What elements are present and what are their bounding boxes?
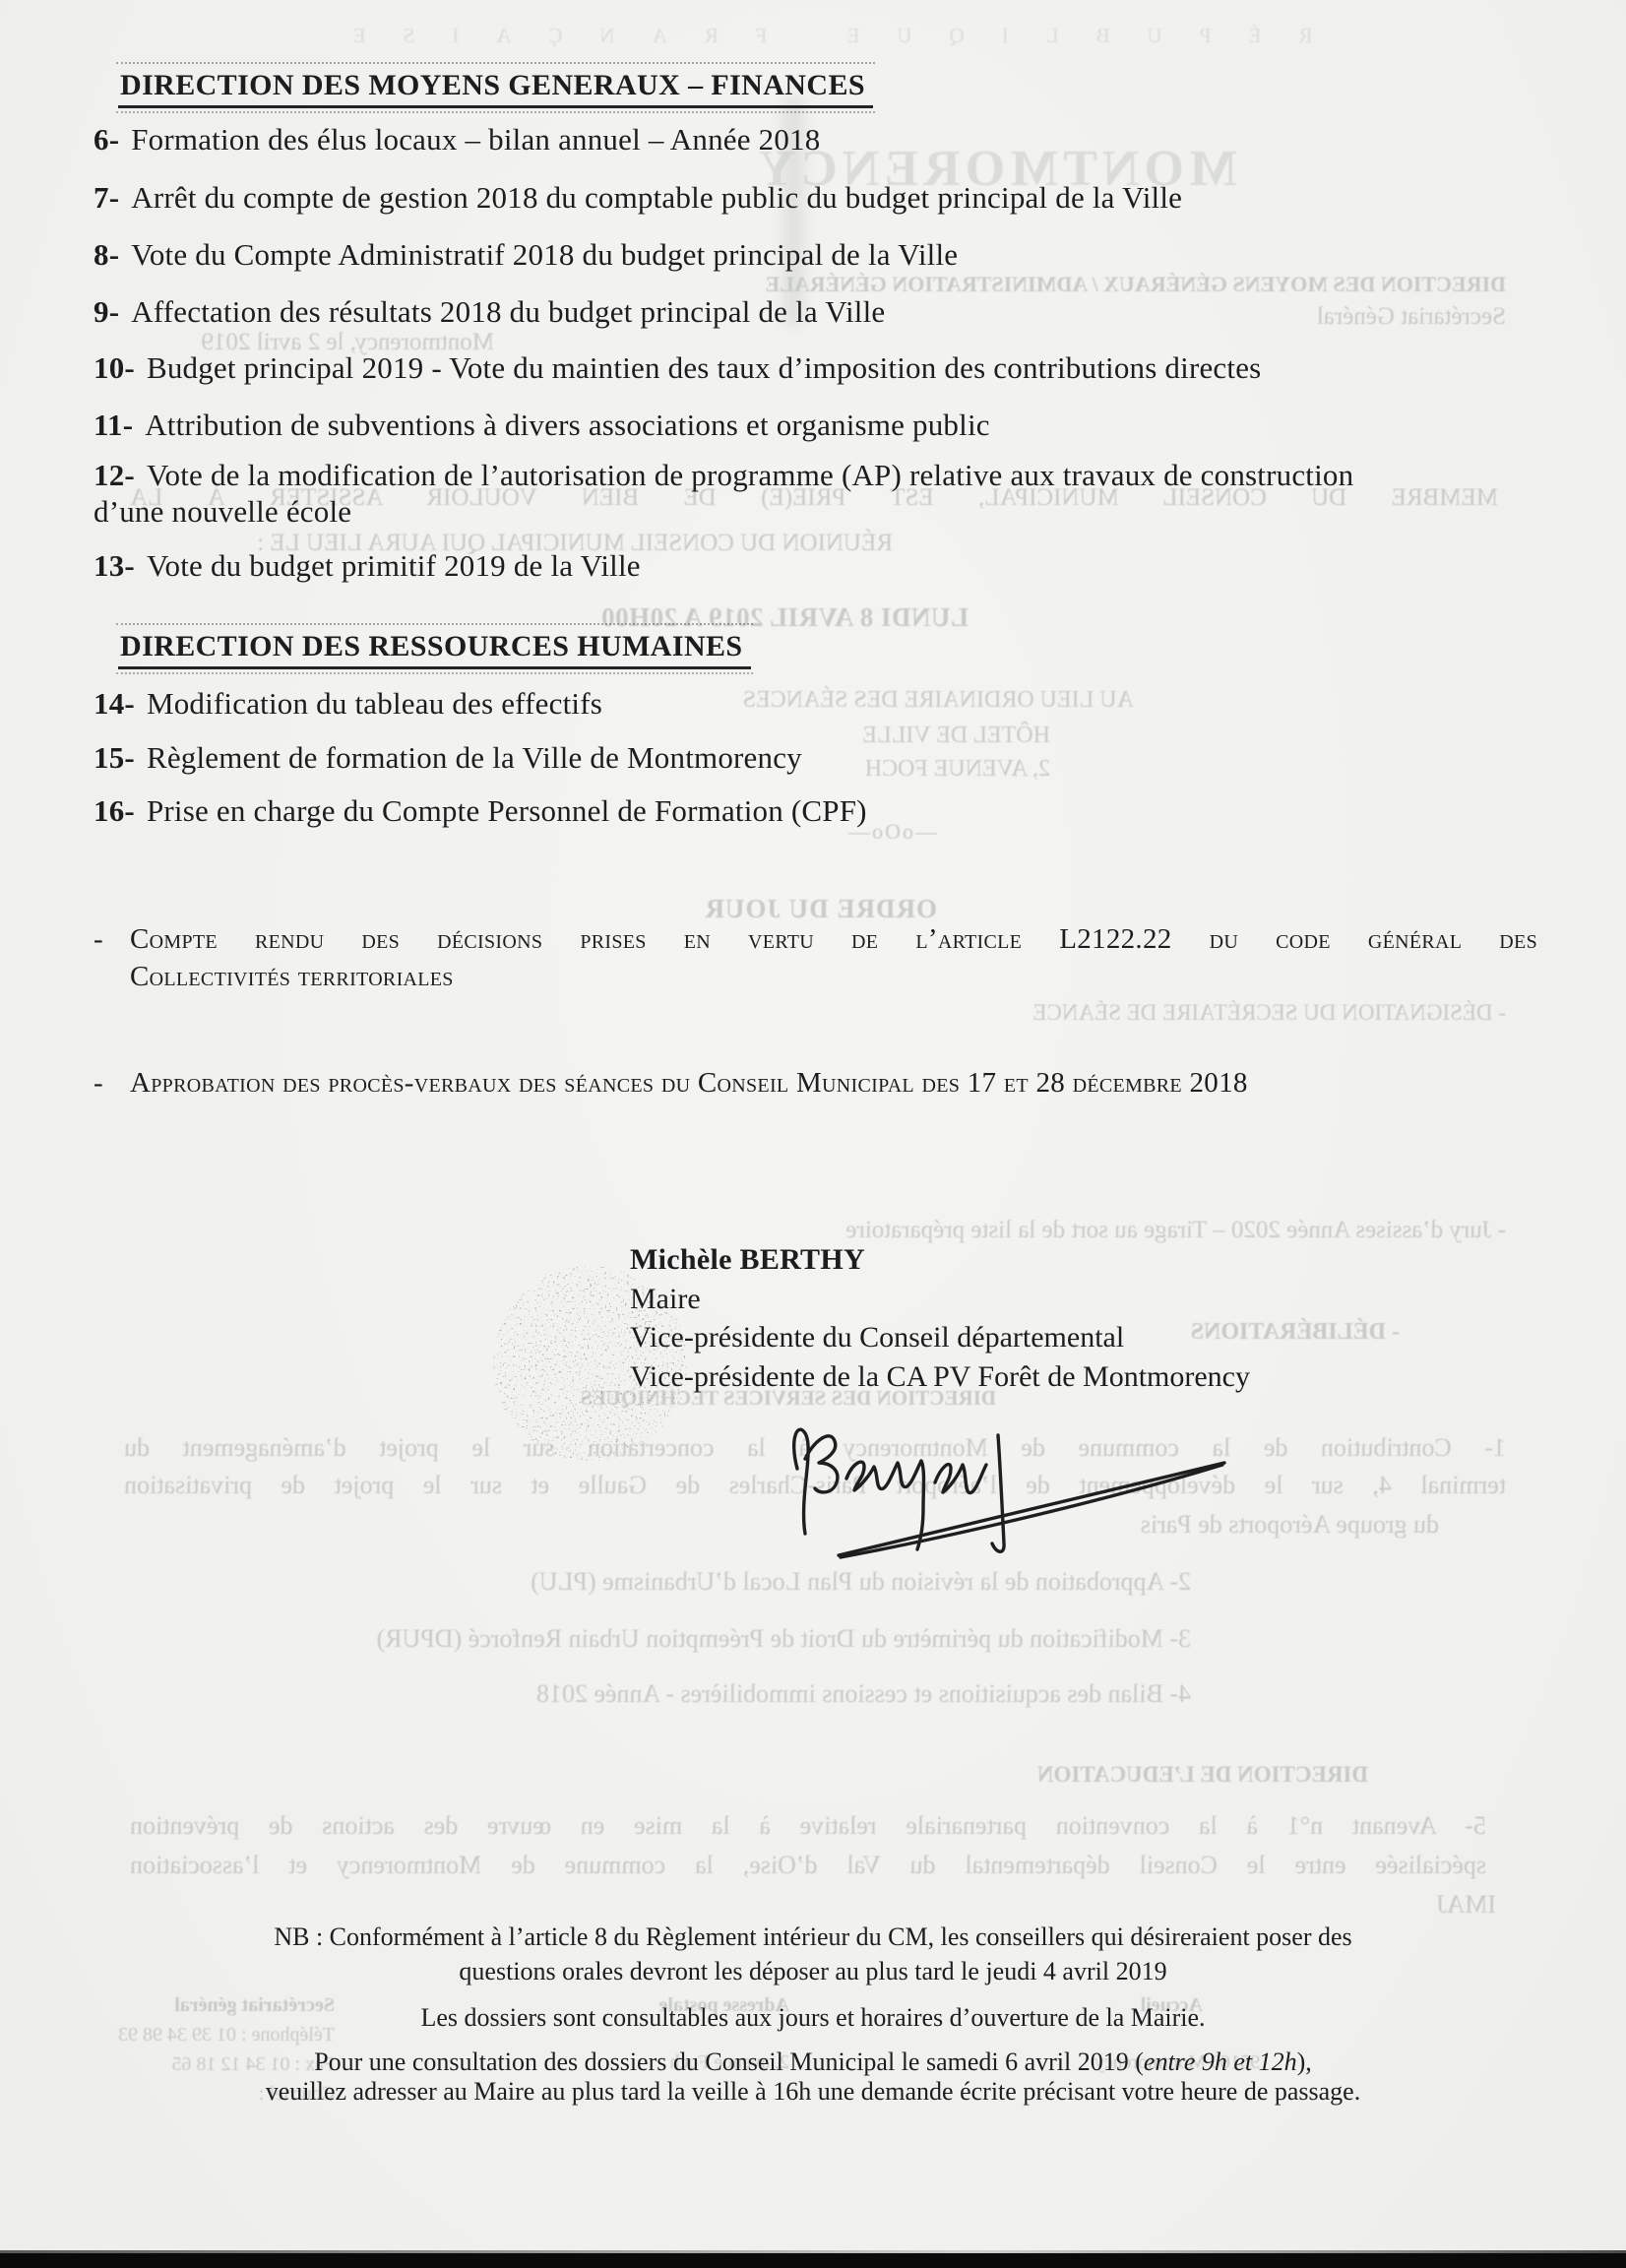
section-header-ressources-humaines: DIRECTION DES RESSOURCES HUMAINES — [118, 630, 751, 669]
agenda-item-15: 15-Règlement de formation de la Ville de… — [94, 740, 802, 776]
item-number: 9- — [94, 294, 119, 329]
item-number: 12- — [94, 458, 135, 492]
bleed-lieu-3: 2, AVENUE FOCH — [865, 756, 1050, 783]
bleed-item-5c: IMAJ — [1436, 1890, 1496, 1920]
item-number: 7- — [94, 180, 119, 215]
signatory-title-3: Vice-présidente de la CA PV Forêt de Mon… — [630, 1357, 1250, 1397]
scan-edge-band — [0, 2253, 1626, 2268]
item-text: d’une nouvelle école — [94, 494, 351, 529]
scanned-document-page: RÉPUBLIQUE FRANÇAISE MONTMORENCY DIRECTI… — [0, 0, 1626, 2268]
item-text: Affectation des résultats 2018 du budget… — [131, 294, 885, 329]
signatory-block: Michèle BERTHY Maire Vice-présidente du … — [630, 1240, 1250, 1396]
item-text: Règlement de formation de la Ville de Mo… — [147, 740, 802, 775]
agenda-item-14: 14-Modification du tableau des effectifs — [94, 686, 602, 722]
nb-note: NB : Conformément à l’article 8 du Règle… — [108, 1920, 1518, 1988]
bleed-item-3: 3- Modification du périmètre du Droit de… — [377, 1624, 1191, 1654]
signatory-title-1: Maire — [630, 1280, 1250, 1319]
agenda-item-8: 8-Vote du Compte Administratif 2018 du b… — [94, 237, 958, 273]
consultation-hours-italic: entre 9h et 12h — [1144, 2047, 1297, 2076]
item-text: Vote de la modification de l’autorisatio… — [147, 458, 1353, 492]
item-number: 15- — [94, 740, 135, 775]
item-text: Modification du tableau des effectifs — [147, 686, 602, 721]
signatory-name: Michèle BERTHY — [630, 1240, 1250, 1280]
dossiers-note: Les dossiers sont consultables aux jours… — [108, 2000, 1518, 2035]
motion-1-dash: - — [94, 923, 103, 956]
nb-note-line1: NB : Conformément à l’article 8 du Règle… — [274, 1922, 1351, 1951]
motion-compte-rendu-line1: Compte rendu des décisions prises en ver… — [130, 923, 1537, 956]
bleed-seance-date: LUNDI 8 AVRIL 2019 A 20H00 — [601, 602, 969, 633]
item-number: 6- — [94, 122, 119, 157]
bleed-item-4: 4- Bilan des acquisitions et cessions im… — [536, 1679, 1191, 1709]
item-number: 10- — [94, 350, 135, 385]
item-text: Vote du budget primitif 2019 de la Ville — [147, 548, 641, 583]
bleed-secretariat: Secrétariat Général — [1317, 303, 1506, 331]
item-number: 8- — [94, 237, 119, 272]
agenda-item-9: 9-Affectation des résultats 2018 du budg… — [94, 294, 885, 330]
item-text: Budget principal 2019 - Vote du maintien… — [147, 350, 1261, 385]
bleed-lieu-1: AU LIEU ORDINAIRE DES SÉANCES — [743, 687, 1134, 714]
item-text: Formation des élus locaux – bilan annuel… — [131, 122, 820, 157]
item-number: 13- — [94, 548, 135, 583]
agenda-item-7: 7-Arrêt du compte de gestion 2018 du com… — [94, 180, 1182, 216]
bleed-item-5b: spécialisée entre le Conseil département… — [130, 1851, 1486, 1880]
item-number: 11- — [94, 408, 133, 442]
agenda-item-10: 10-Budget principal 2019 - Vote du maint… — [94, 350, 1261, 386]
section-header-finances: DIRECTION DES MOYENS GENERAUX – FINANCES — [118, 69, 873, 108]
signatory-title-2: Vice-présidente du Conseil départemental — [630, 1318, 1250, 1357]
agenda-item-11: 11-Attribution de subventions à divers a… — [94, 408, 990, 443]
consultation-text-end: ), — [1297, 2047, 1312, 2076]
signature-scribble — [770, 1406, 1242, 1578]
bleed-direction-education: DIRECTION DE L’EDUCATION — [1037, 1762, 1368, 1788]
agenda-item-12-line2: d’une nouvelle école — [94, 494, 351, 530]
item-text: Prise en charge du Compte Personnel de F… — [147, 793, 867, 828]
nb-note-line2: questions orales devront les déposer au … — [459, 1957, 1166, 1985]
agenda-item-13: 13-Vote du budget primitif 2019 de la Vi… — [94, 548, 641, 584]
bleed-item-5a: 5- Avenant n°1 à la convention partenari… — [130, 1811, 1486, 1841]
agenda-item-6: 6-Formation des élus locaux – bilan annu… — [94, 122, 820, 157]
consultation-note: Pour une consultation des dossiers du Co… — [108, 2047, 1518, 2107]
motion-compte-rendu-line2: Collectivités territoriales — [130, 961, 1537, 993]
consultation-text: Pour une consultation des dossiers du Co… — [314, 2047, 1144, 2076]
item-text: Vote du Compte Administratif 2018 du bud… — [131, 237, 958, 272]
motion-approbation: Approbation des procès-verbaux des séanc… — [130, 1067, 1537, 1100]
consultation-line2: veuillez adresser au Maire au plus tard … — [266, 2077, 1360, 2106]
item-number: 16- — [94, 793, 135, 828]
bleed-ordre-du-jour: ORDRE DU JOUR — [704, 894, 937, 924]
bleed-designation: - DÉSIGNATION DU SECRÉTAIRE DE SÉANCE — [1033, 1000, 1507, 1026]
item-text: Attribution de subventions à divers asso… — [145, 408, 990, 442]
motion-2-dash: - — [94, 1067, 103, 1100]
agenda-item-16: 16-Prise en charge du Compte Personnel d… — [94, 793, 867, 829]
agenda-item-12: 12-Vote de la modification de l’autorisa… — [94, 458, 1353, 493]
item-number: 14- — [94, 686, 135, 721]
bleed-lieu-2: HÔTEL DE VILLE — [862, 723, 1050, 749]
bleed-republique: RÉPUBLIQUE FRANÇAISE — [81, 24, 1547, 48]
item-text: Arrêt du compte de gestion 2018 du compt… — [131, 180, 1182, 215]
